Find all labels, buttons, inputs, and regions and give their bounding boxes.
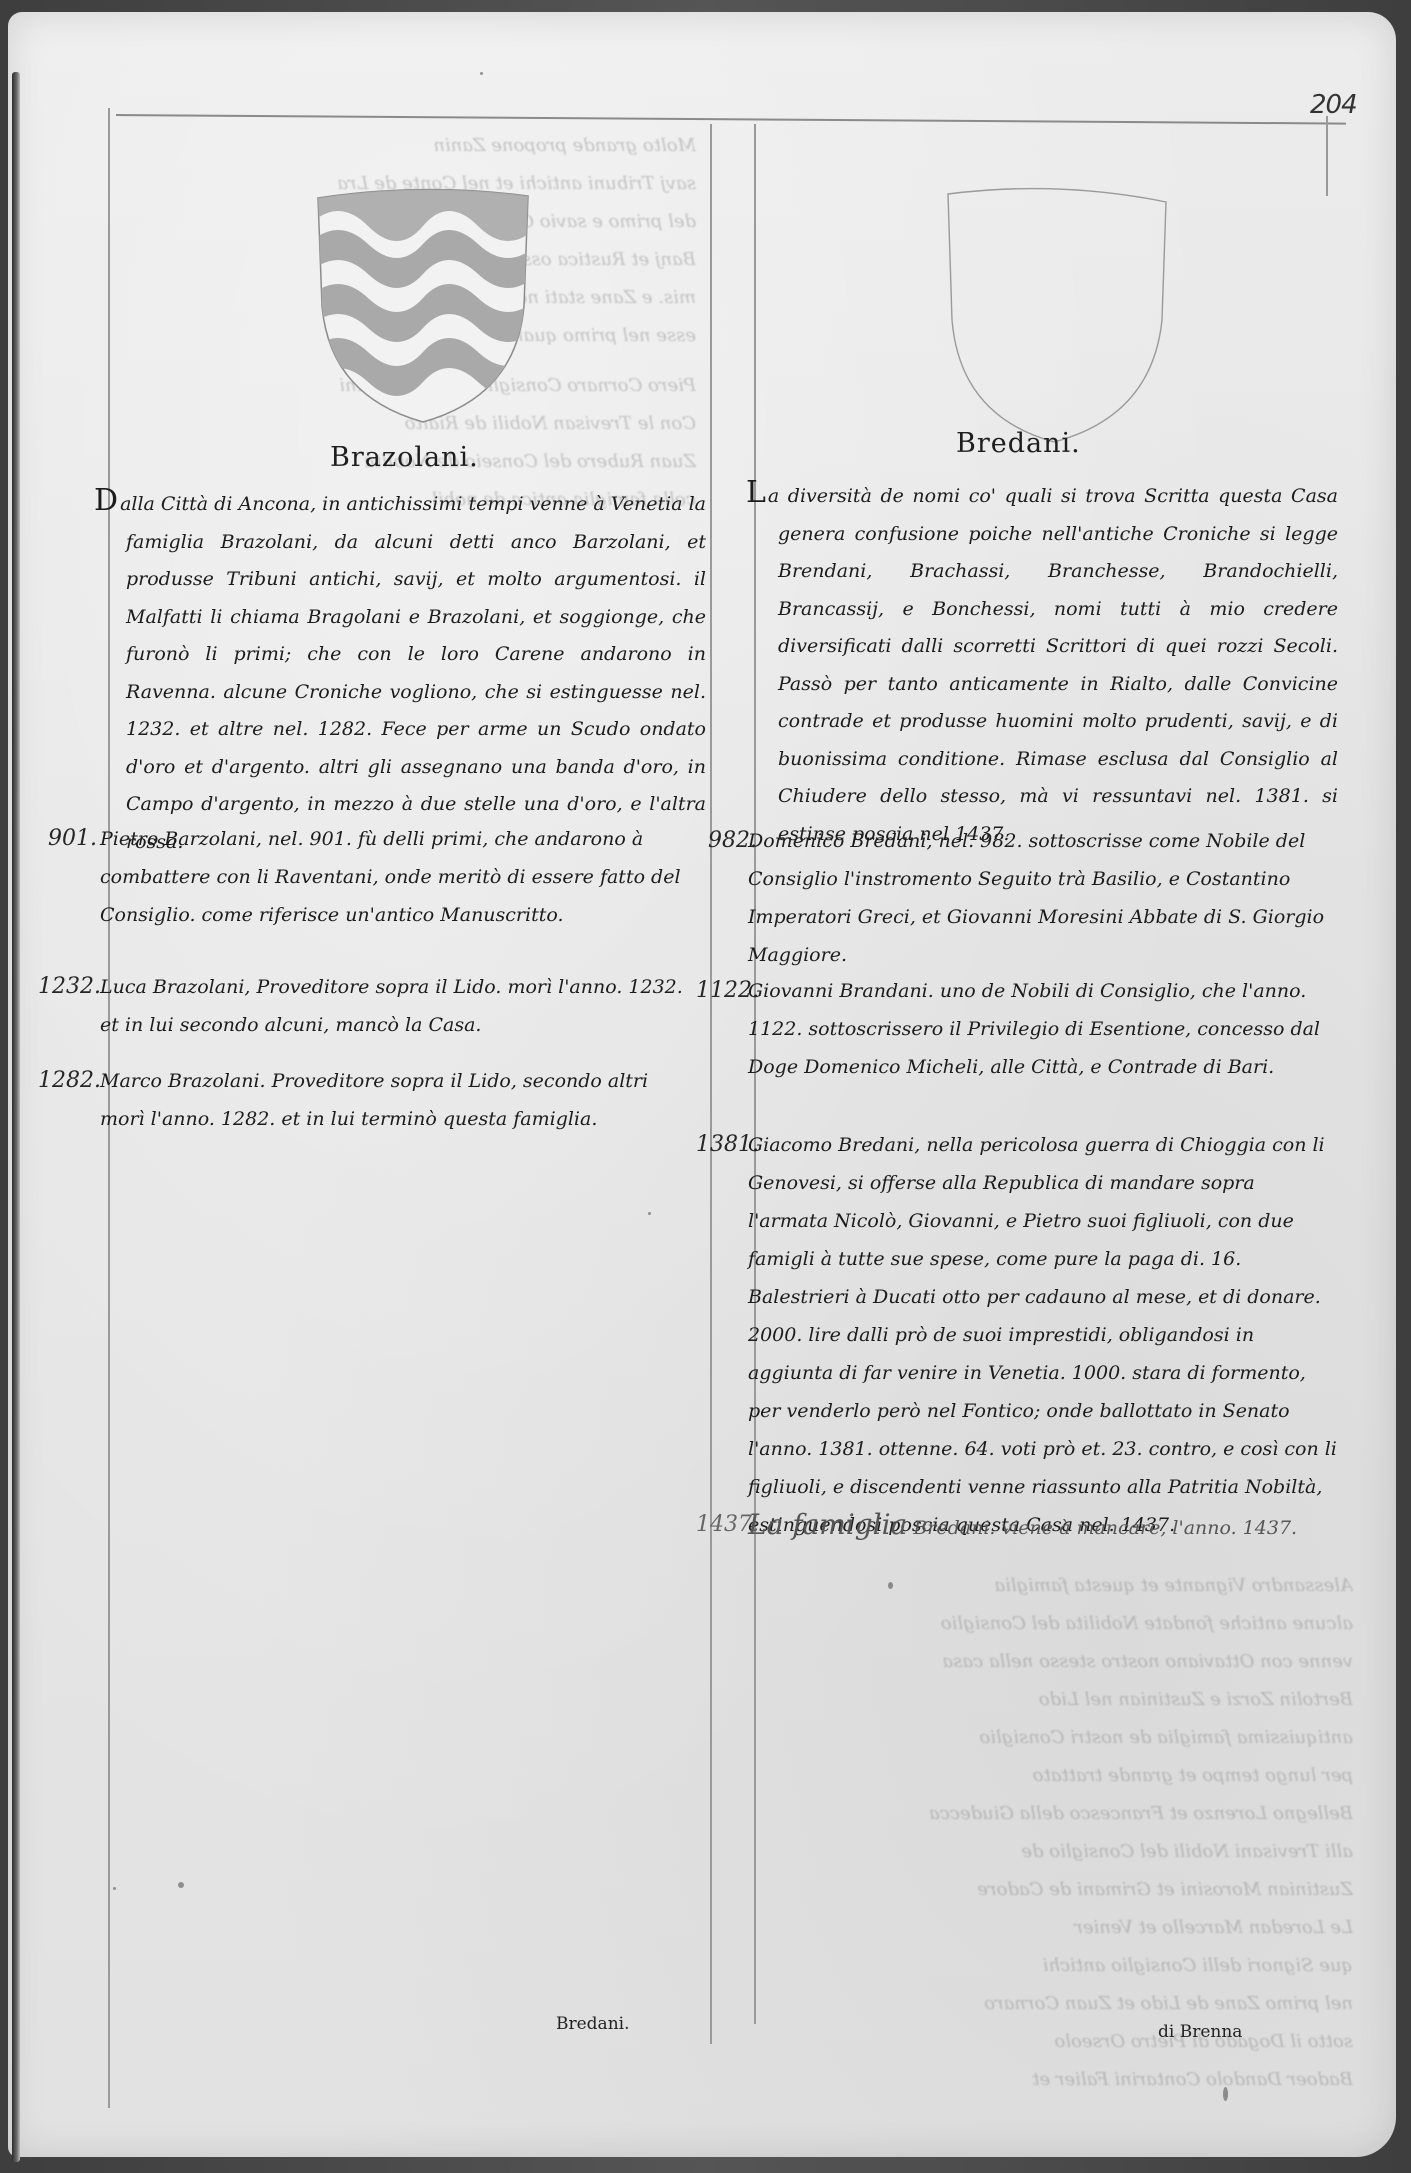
right-margin-rule xyxy=(1326,116,1328,196)
bredani-blank-shield-icon xyxy=(938,180,1178,450)
brazolani-entry-901: 901. Pietro Barzolani, nel. 901. fù dell… xyxy=(100,820,690,934)
brazolani-entry-1232: 1232. Luca Brazolani, Proveditore sopra … xyxy=(100,968,690,1044)
entry-year: 1232. xyxy=(38,968,101,1006)
ink-speck xyxy=(648,1212,651,1215)
ink-speck xyxy=(113,1887,116,1890)
family-title-brazolani: Brazolani. xyxy=(330,442,479,473)
manuscript-page: 204 Molto grande propone Zanin savj Trib… xyxy=(8,12,1396,2157)
entry-year: 982. xyxy=(708,822,757,860)
binding-edge xyxy=(12,72,20,2162)
brazolani-entry-1282: 1282. Marco Brazolani. Proveditore sopra… xyxy=(100,1062,690,1138)
entry-text: Domenico Bredani, nel. 982. sottoscrisse… xyxy=(748,830,1324,966)
entry-year: 901. xyxy=(48,820,97,858)
entry-text: Giacomo Bredani, nella pericolosa guerra… xyxy=(748,1134,1337,1536)
brazolani-initial-letter: D xyxy=(94,483,118,518)
entry-year: 1437. xyxy=(696,1506,759,1544)
entry-text: Giovanni Brandani. uno de Nobili di Cons… xyxy=(748,980,1320,1078)
ink-speck xyxy=(1223,2087,1228,2101)
entry-text: Marco Brazolani. Proveditore sopra il Li… xyxy=(100,1070,648,1130)
ink-speck xyxy=(178,1882,184,1888)
top-ruling-line xyxy=(116,114,1346,125)
catchword-right: di Brenna xyxy=(1158,2022,1242,2042)
bredani-entry-1381: 1381. Giacomo Bredani, nella pericolosa … xyxy=(748,1126,1338,1544)
bredani-entry-982: 982. Domenico Bredani, nel. 982. sottosc… xyxy=(748,822,1338,974)
folio-number: 204 xyxy=(1310,90,1357,120)
bredani-entry-1122: 1122. Giovanni Brandani. uno de Nobili d… xyxy=(748,972,1338,1086)
entry-text: Pietro Barzolani, nel. 901. fù delli pri… xyxy=(100,828,681,926)
entry-text: Luca Brazolani, Proveditore sopra il Lid… xyxy=(100,976,683,1036)
bredani-intro-text: a diversità de nomi co' quali si trova S… xyxy=(768,485,1338,845)
ink-speck xyxy=(480,72,483,75)
brazolani-intro-paragraph: Dalla Città di Ancona, in antichissimi t… xyxy=(126,482,706,861)
bredani-entry-1437: 1437. La famiglia Bredani. viene à manca… xyxy=(748,1506,1328,1547)
entry-year: 1122. xyxy=(696,972,759,1010)
entry-text: Bredani. viene à mancare, l'anno. 1437. xyxy=(913,1517,1297,1539)
bleed-through-text-bottom: Alessandro Vignante et questa famiglia a… xyxy=(753,1567,1353,2087)
family-title-bredani: Bredani. xyxy=(956,428,1081,459)
column-divider xyxy=(710,124,712,2044)
catchword-left: Bredani. xyxy=(556,2014,630,2034)
bredani-intro-paragraph: La diversità de nomi co' quali si trova … xyxy=(778,474,1338,853)
entry-year: 1381. xyxy=(696,1126,759,1164)
brazolani-intro-text: alla Città di Ancona, in antichissimi te… xyxy=(120,493,706,853)
entry-year: 1282. xyxy=(38,1062,101,1100)
bredani-initial-letter: L xyxy=(746,475,766,510)
brazolani-coat-of-arms-icon xyxy=(308,186,538,426)
entry-lead: La famiglia xyxy=(748,1508,907,1541)
